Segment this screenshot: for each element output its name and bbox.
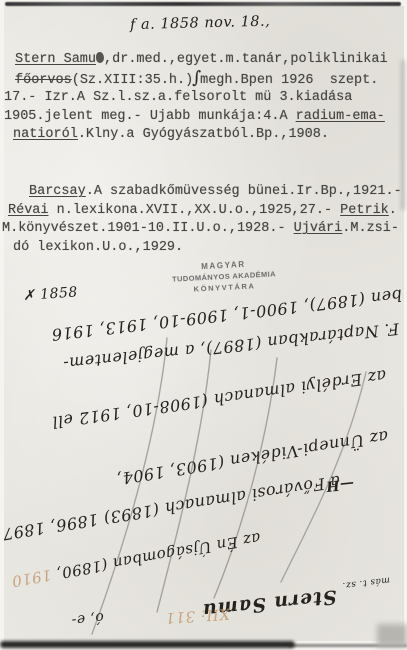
typed-text: (Sz.XIII:35.h.) <box>72 73 194 88</box>
source-name: Ujvári <box>294 221 343 236</box>
typed-line-9: dó lexikon.U.o.,1929. <box>13 240 183 255</box>
typed-text: . <box>389 203 397 218</box>
scanned-catalog-card: f a. 1858 nov. 18., Stern Samu,dr.med.,e… <box>0 0 407 650</box>
source-name: Barcsay <box>29 184 86 199</box>
scan-edge-top <box>5 2 401 6</box>
typed-line-7: Révai n.lexikona.XVII.,XX.U.o.,1925,27.-… <box>8 203 397 218</box>
person-name: Stern Samu <box>15 52 96 67</box>
typed-text: n.lexikona.XVII.,XX.U.o.,1925,27.- <box>49 203 341 218</box>
scan-corner-smudge <box>377 624 407 647</box>
typed-line-5: natioról.Klny.a Gyógyászatból.Bp.,1908. <box>13 127 329 142</box>
typed-text: M.könyvészet.1901-10.II.U.o.,1928.- <box>2 221 294 236</box>
source-name: Révai <box>8 203 49 218</box>
typed-text: ,dr.med.,egyet.m.tanár,poliklinikai <box>104 52 388 67</box>
struck-word: főorvos <box>15 73 72 88</box>
typed-line-6: Barcsay.A szabadkőmüvesség bünei.Ir.Bp.,… <box>29 184 402 199</box>
typed-line-3: 17.- Izr.A Sz.l.sz.a.felsorolt mü 3.kiad… <box>4 90 352 105</box>
typed-text: .A szabadkőmüvesség bünei.Ir.Bp.,1921.- <box>86 184 402 199</box>
scan-right-smudge <box>401 60 405 210</box>
underlined-title: natioról <box>13 127 78 142</box>
typed-text: 1905.jelent meg.- Ujabb munkája:4.A <box>4 109 296 124</box>
scan-edge-bottom <box>0 641 295 648</box>
typed-line-2: főorvos(Sz.XIII:35.h.)∫megh.Bpen 1926 sz… <box>15 71 378 88</box>
source-name: Petrik <box>340 203 389 218</box>
typed-line-8: M.könyvészet.1901-10.II.U.o.,1928.- Ujvá… <box>2 221 399 236</box>
typed-line-1: Stern Samu,dr.med.,egyet.m.tanár,polikli… <box>15 52 388 67</box>
typed-text: .M.zsi- <box>342 221 399 236</box>
typed-text: .Klny.a Gyógyászatból.Bp.,1908. <box>78 127 329 142</box>
underlined-title: radium-ema- <box>296 109 385 124</box>
typed-line-4: 1905.jelent meg.- Ujabb munkája:4.A radi… <box>4 109 385 124</box>
ink-blot <box>96 52 104 63</box>
typed-text: megh.Bpen 1926 szept. <box>200 73 378 88</box>
